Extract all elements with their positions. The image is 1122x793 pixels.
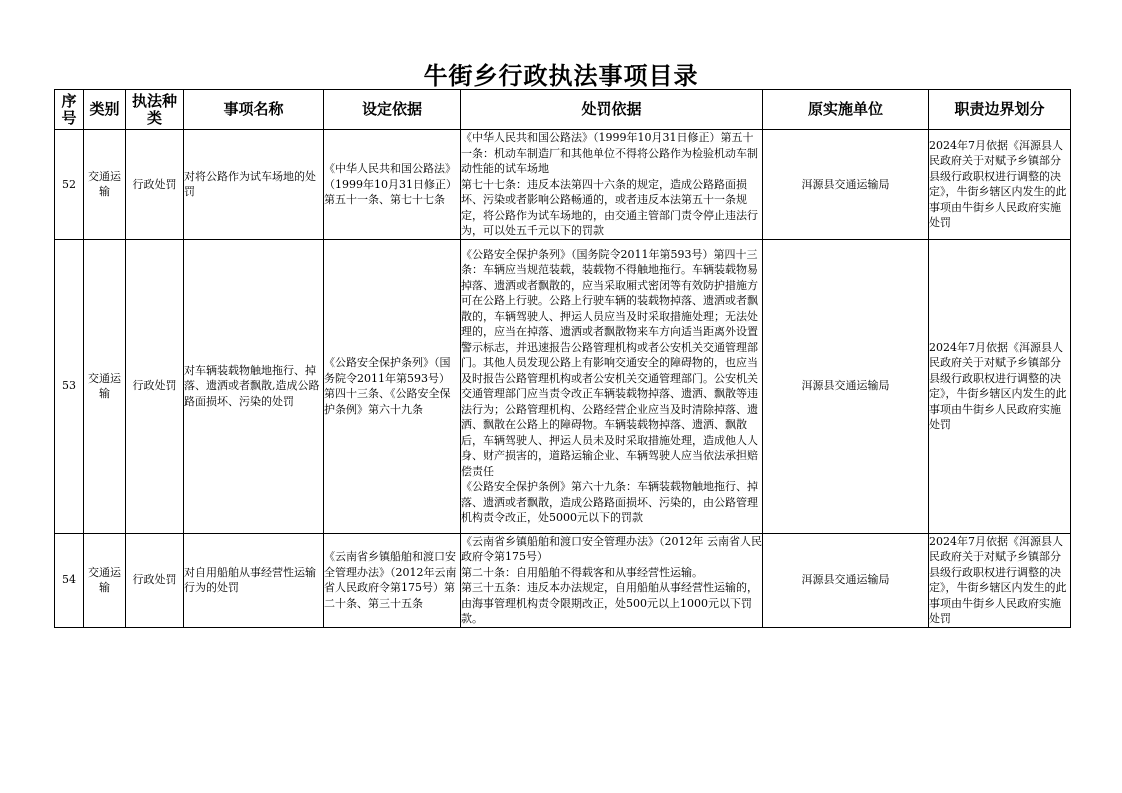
cell-legal-basis: 《中华人民共和国公路法》（1999年10月31日修正）第五十一条、第七十七条 — [324, 130, 461, 240]
cell-category: 交通运输 — [84, 130, 126, 240]
table-row: 52 交通运输 行政处罚 对将公路作为试车场地的处罚 《中华人民共和国公路法》（… — [55, 130, 1071, 240]
header-enforcement-type: 执法种类 — [126, 90, 184, 130]
cell-legal-basis: 《公路安全保护条列》（国务院令2011年第593号）第四十三条、《公路安全保护条… — [324, 239, 461, 533]
cell-seq: 54 — [55, 533, 84, 627]
header-boundary: 职责边界划分 — [929, 90, 1071, 130]
cell-seq: 53 — [55, 239, 84, 533]
cell-original-unit: 洱源县交通运输局 — [763, 130, 929, 240]
cell-seq: 52 — [55, 130, 84, 240]
header-row: 序号 类别 执法种类 事项名称 设定依据 处罚依据 原实施单位 职责边界划分 — [55, 90, 1071, 130]
cell-enforcement-type: 行政处罚 — [126, 533, 184, 627]
cell-item-name: 对车辆装载物触地拖行、掉落、遗洒或者飘散,造成公路路面损坏、污染的处罚 — [184, 239, 324, 533]
header-seq: 序号 — [55, 90, 84, 130]
cell-enforcement-type: 行政处罚 — [126, 239, 184, 533]
cell-category: 交通运输 — [84, 533, 126, 627]
cell-penalty-basis: 《云南省乡镇船舶和渡口安全管理办法》（2012年 云南省人民政府令第175号） … — [461, 533, 763, 627]
header-legal-basis: 设定依据 — [324, 90, 461, 130]
cell-boundary: 2024年7月依据《洱源县人民政府关于对赋予乡镇部分县级行政职权进行调整的决定》… — [929, 130, 1071, 240]
header-original-unit: 原实施单位 — [763, 90, 929, 130]
cell-enforcement-type: 行政处罚 — [126, 130, 184, 240]
cell-category: 交通运输 — [84, 239, 126, 533]
header-penalty-basis: 处罚依据 — [461, 90, 763, 130]
cell-original-unit: 洱源县交通运输局 — [763, 533, 929, 627]
page-title: 牛街乡行政执法事项目录 — [0, 60, 1122, 92]
table-row: 54 交通运输 行政处罚 对自用船舶从事经营性运输行为的处罚 《云南省乡镇船舶和… — [55, 533, 1071, 627]
cell-penalty-basis: 《中华人民共和国公路法》（1999年10月31日修正）第五十一条：机动车制造厂和… — [461, 130, 763, 240]
cell-item-name: 对自用船舶从事经营性运输行为的处罚 — [184, 533, 324, 627]
cell-boundary: 2024年7月依据《洱源县人民政府关于对赋予乡镇部分县级行政职权进行调整的决定》… — [929, 533, 1071, 627]
cell-boundary: 2024年7月依据《洱源县人民政府关于对赋予乡镇部分县级行政职权进行调整的决定》… — [929, 239, 1071, 533]
table-row: 53 交通运输 行政处罚 对车辆装载物触地拖行、掉落、遗洒或者飘散,造成公路路面… — [55, 239, 1071, 533]
cell-item-name: 对将公路作为试车场地的处罚 — [184, 130, 324, 240]
header-item-name: 事项名称 — [184, 90, 324, 130]
enforcement-catalog-table: 序号 类别 执法种类 事项名称 设定依据 处罚依据 原实施单位 职责边界划分 5… — [54, 89, 1071, 628]
cell-penalty-basis: 《公路安全保护条列》（国务院令2011年第593号）第四十三条：车辆应当规范装载… — [461, 239, 763, 533]
cell-original-unit: 洱源县交通运输局 — [763, 239, 929, 533]
header-category: 类别 — [84, 90, 126, 130]
cell-legal-basis: 《云南省乡镇船舶和渡口安全管理办法》（2012年云南省人民政府令第175号）第二… — [324, 533, 461, 627]
